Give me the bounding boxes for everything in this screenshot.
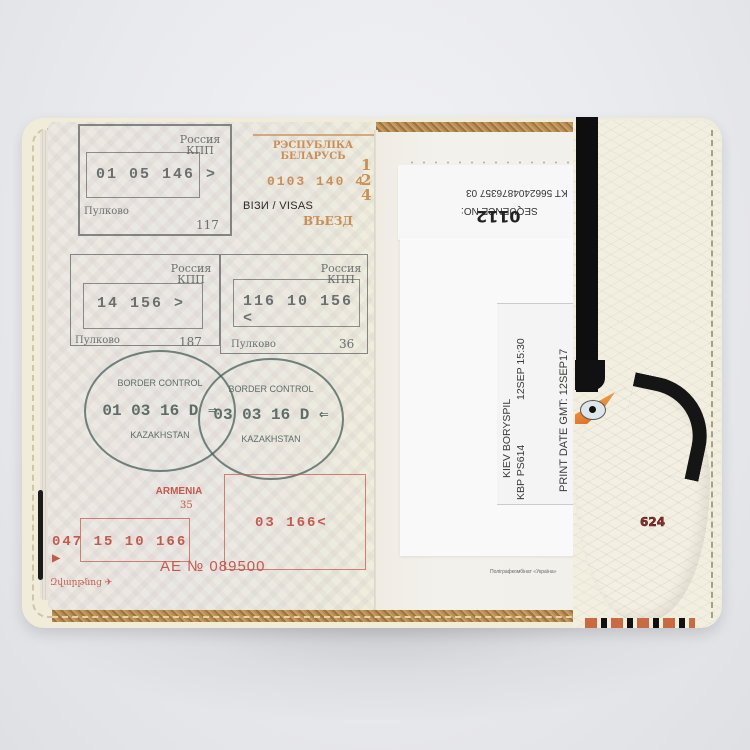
passport-serial: AE № 089500 [160, 558, 266, 575]
ticket-print-date: PRINT DATE GMT: 12SEP17 [558, 349, 570, 492]
stamp-date: 14 156 > [97, 295, 185, 312]
ticket-origin: KIEV BORYSPIL [501, 399, 513, 478]
section-label: ВІЗИ / VISAS [243, 200, 313, 212]
stamp-country: ARMENIA [154, 486, 204, 497]
ticket-datetime: 12SEP 15:30 [515, 338, 527, 400]
receipt-sequence-number: 0112 [476, 207, 521, 226]
stamp-place: Զվարթնոց ✈ [50, 578, 112, 588]
stamp-title: BORDER CONTROL [200, 384, 342, 394]
stamp-number: 1 2 4 [361, 158, 371, 203]
bookmark-edge [38, 490, 43, 580]
stamp-uzbekistan: 03 166< [224, 474, 366, 570]
stamp-place: Пулково [231, 339, 276, 350]
page-publisher: Поліграфкомбінат «Україна» [490, 569, 556, 575]
stamp-date: 116 10 156 < [243, 293, 367, 327]
penguin-badge: 624 [640, 515, 665, 529]
stamp-extra: ВЪЕЗД [303, 214, 353, 228]
stamp-country: KAZAKHSTAN [200, 434, 342, 444]
stamp-russia-3: Россия КПП 116 10 156 < Пулково 36 [220, 254, 368, 354]
penguin-eye [580, 400, 606, 420]
stamp-date: 01 05 146 > [96, 166, 217, 183]
penguin-pupil [589, 406, 596, 413]
elastic-band[interactable] [576, 117, 598, 392]
stamp-place: Пулково [75, 335, 120, 346]
stamp-russia-2: Россия КПП 14 156 > Пулково 187 [70, 254, 220, 346]
stamp-place: Пулково [84, 206, 129, 217]
stamp-country: Россия КПП [167, 263, 215, 285]
receipt-ticket-number: KT 5662404876357 03 [466, 187, 568, 198]
stamp-number: 187 [179, 335, 202, 349]
stamp-number: 36 [339, 337, 354, 351]
stamp-country: РЭСПУБЛІКА БЕЛАРУСЬ [253, 140, 373, 162]
stamp-code: 35 [180, 500, 193, 511]
flap-stitching [711, 130, 713, 618]
penguin-feet [585, 618, 695, 628]
stamp-belarus: РЭСПУБЛІКА БЕЛАРУСЬ 0103 140 4 1 2 4 ВЪЕ… [253, 134, 375, 231]
stamp-number: 117 [196, 218, 219, 232]
stamp-russia-1: Россия КПП 01 05 146 > Пулково 117 [78, 124, 232, 236]
receipt: KT 5662404876357 03 SEQUENCE NO: 0112 [398, 165, 578, 240]
stamp-armenia: ARMENIA 35 047 15 10 166 ▶ Զվարթնոց ✈ [54, 478, 204, 598]
stamp-date: 03 03 16 D ⇐ [200, 404, 342, 424]
ticket-flight: KBP PS614 [515, 445, 527, 500]
stamp-date: 0103 140 4 [267, 174, 365, 189]
stamp-date: 03 166< [255, 515, 328, 531]
passport-left-page: Россия КПП 01 05 146 > Пулково 117 РЭСПУ… [48, 122, 376, 610]
penguin-head-icon [575, 360, 605, 390]
stamp-kazakhstan-exit: BORDER CONTROL 03 03 16 D ⇐ KAZAKHSTAN [198, 358, 344, 480]
